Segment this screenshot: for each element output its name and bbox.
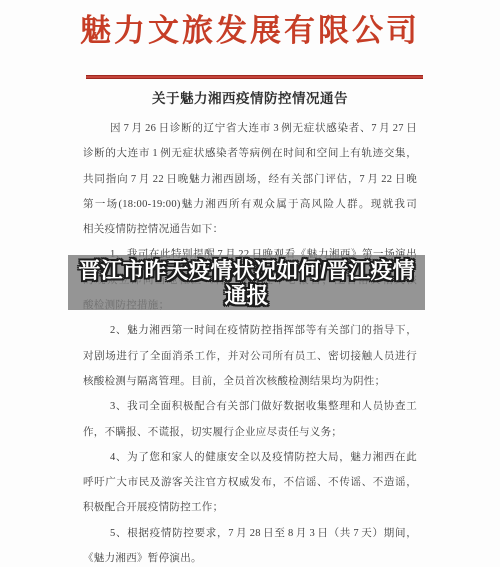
notice-title: 关于魅力湘西疫情防控情况通告 — [0, 90, 500, 108]
body-line: 因 7 月 26 日诊断的辽宁省大连市 3 例无症状感染者、7 月 27 日 — [83, 116, 417, 141]
body-line: 共同指向 7 月 22 日晚魅力湘西剧场，经有关部门评估，7 月 22 日晚 — [83, 167, 417, 192]
body-line: 呼吁广大市民及游客关注官方权威发布，不信谣、不传谣、不造谣， — [83, 470, 417, 495]
body-line: 《魅力湘西》暂停演出。 — [83, 546, 417, 567]
body-line: 第一场(18:00-19:00)魅力湘西所有观众属于高风险人群。现就我司 — [83, 192, 417, 217]
body-line: 对剧场进行了全面消杀工作，并对公司所有员工、密切接触人员进行 — [83, 344, 417, 369]
body-line: 核酸检测与隔离管理。目前，全员首次核酸检测结果均为阴性； — [83, 369, 417, 394]
body-line: 积极配合开展疫情防控工作； — [83, 495, 417, 520]
body-line: 5、根据疫情防控要求，7 月 28 日至 8 月 3 日（共 7 天）期间， — [83, 521, 417, 546]
body-line: 3、我司全面积极配合有关部门做好数据收集整理和人员协查工 — [83, 394, 417, 419]
body-line: 4、为了您和家人的健康安全以及疫情防控大局，魅力湘西在此 — [83, 445, 417, 470]
company-letterhead: 魅力文旅发展有限公司 — [0, 10, 500, 52]
body-line: 2、魅力湘西第一时间在疫情防控指挥部等有关部门的指导下， — [83, 318, 417, 343]
body-line: 作，不瞒报、不谎报，切实履行企业应尽责任与义务； — [83, 420, 417, 445]
caption-overlay-text: 晋江市昨天疫情状况如何/晋江疫情通报 — [71, 258, 423, 308]
caption-overlay-band: 晋江市昨天疫情状况如何/晋江疫情通报 — [68, 255, 425, 310]
scanned-notice-page: 魅力文旅发展有限公司 关于魅力湘西疫情防控情况通告 因 7 月 26 日诊断的辽… — [0, 0, 500, 567]
body-line: 诊断的大连市 1 例无症状感染者等病例在时间和空间上有轨迹交集， — [83, 141, 417, 166]
notice-body: 因 7 月 26 日诊断的辽宁省大连市 3 例无症状感染者、7 月 27 日 诊… — [83, 116, 417, 567]
letterhead-divider-rule — [86, 75, 423, 79]
body-line: 相关疫情防控情况通告如下： — [83, 217, 417, 242]
